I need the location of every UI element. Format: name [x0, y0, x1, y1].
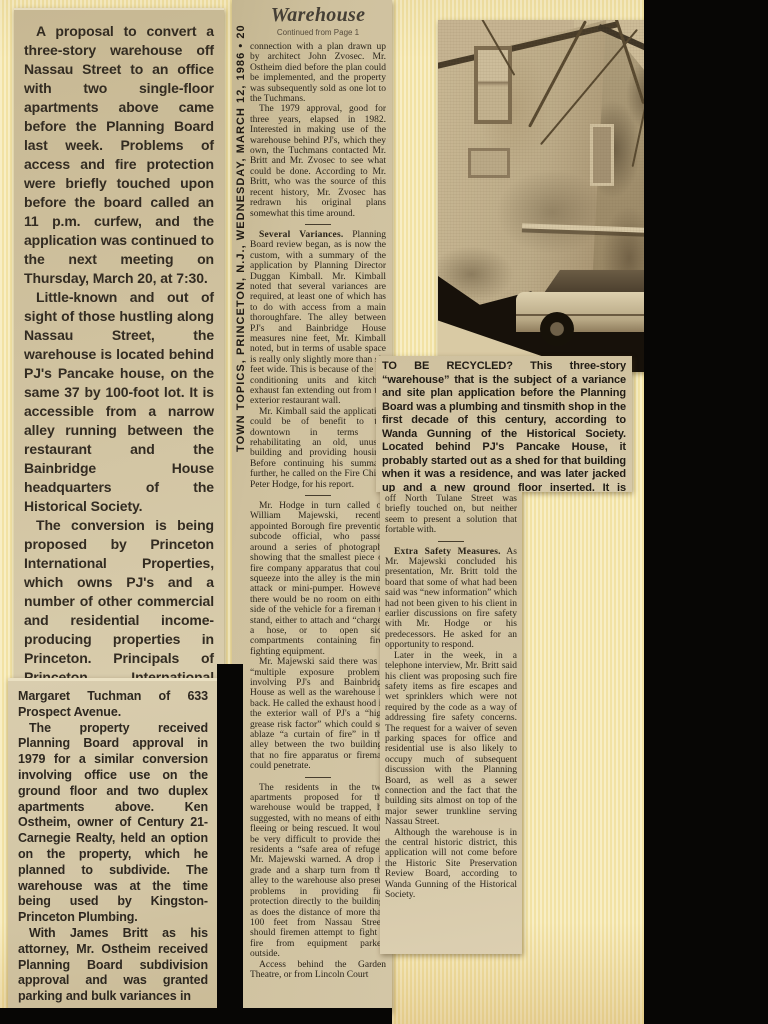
paragraph-lead-in: Extra Safety Measures.: [394, 547, 501, 557]
photo-window: [474, 46, 512, 124]
scrapbook-page: A proposal to convert a three-story ware…: [0, 0, 768, 1024]
article-paragraph: Margaret Tuchman of 633 Prospect Avenue.: [18, 689, 208, 721]
article-paragraph: Mr. Hodge in turn called on William Maje…: [250, 501, 386, 657]
photo-car-wheel: [540, 312, 574, 346]
continued-from-note: Continued from Page 1: [250, 28, 386, 37]
warehouse-article-body: Warehouse Continued from Page 1 connecti…: [250, 0, 386, 980]
article-paragraph: Access behind the Garden Theatre, or fro…: [250, 960, 386, 981]
article-paragraph: With James Britt as his attorney, Mr. Os…: [18, 926, 208, 1005]
section-divider: [305, 224, 331, 225]
article-paragraph: Extra Safety Measures. As Mr. Majewski c…: [385, 547, 517, 651]
article-paragraph: The conversion is being proposed by Prin…: [24, 516, 214, 692]
scan-edge-right: [644, 0, 768, 1024]
paragraph-text: As Mr. Majewski concluded his presentati…: [385, 547, 517, 651]
article-paragraph: Little-known and out of sight of those h…: [24, 288, 214, 516]
article-paragraph: The 1979 approval, good for three years,…: [250, 104, 386, 218]
clipping-right-column: off North Tulane Street was briefly touc…: [380, 492, 522, 954]
article-paragraph: Mr. Kimball said the application could b…: [250, 407, 386, 490]
masthead-vertical-text: TOWN TOPICS, PRINCETON, N.J., WEDNESDAY,…: [234, 0, 248, 452]
photo-window: [468, 148, 510, 178]
article-paragraph: Mr. Majewski said there was a “multiple …: [250, 657, 386, 771]
photo-window: [590, 124, 614, 186]
article-paragraph: Later in the week, in a telephone interv…: [385, 651, 517, 828]
clipping-proposal-article: A proposal to convert a three-story ware…: [14, 8, 224, 692]
paragraph-lead-in: Several Variances.: [259, 230, 343, 240]
warehouse-photo: [438, 20, 670, 372]
clipping-warehouse-column: TOWN TOPICS, PRINCETON, N.J., WEDNESDAY,…: [232, 0, 392, 1012]
article-paragraph: off North Tulane Street was briefly touc…: [385, 494, 517, 536]
article-paragraph: The property received Planning Board app…: [18, 721, 208, 926]
scan-edge-bottom: [0, 1008, 392, 1024]
article-paragraph: Although the warehouse is in the central…: [385, 828, 517, 901]
article-paragraph: connection with a plan drawn up by archi…: [250, 42, 386, 104]
photo-caption: TO BE RECYCLED? This three-story “wareho…: [376, 356, 632, 492]
scan-edge-gap: [217, 664, 243, 1024]
article-paragraph: The residents in the two apartments prop…: [250, 783, 386, 960]
article-paragraph: Several Variances. Planning Board review…: [250, 230, 386, 407]
section-divider: [305, 495, 331, 496]
paragraph-text: Planning Board review began, as is now t…: [250, 230, 386, 407]
clipping-continuation-left: Margaret Tuchman of 633 Prospect Avenue.…: [8, 678, 218, 1008]
section-divider: [305, 777, 331, 778]
article-title: Warehouse: [250, 4, 386, 27]
caption-text: TO BE RECYCLED? This three-story “wareho…: [382, 360, 626, 492]
article-paragraph: A proposal to convert a three-story ware…: [24, 22, 214, 288]
section-divider: [438, 541, 464, 542]
